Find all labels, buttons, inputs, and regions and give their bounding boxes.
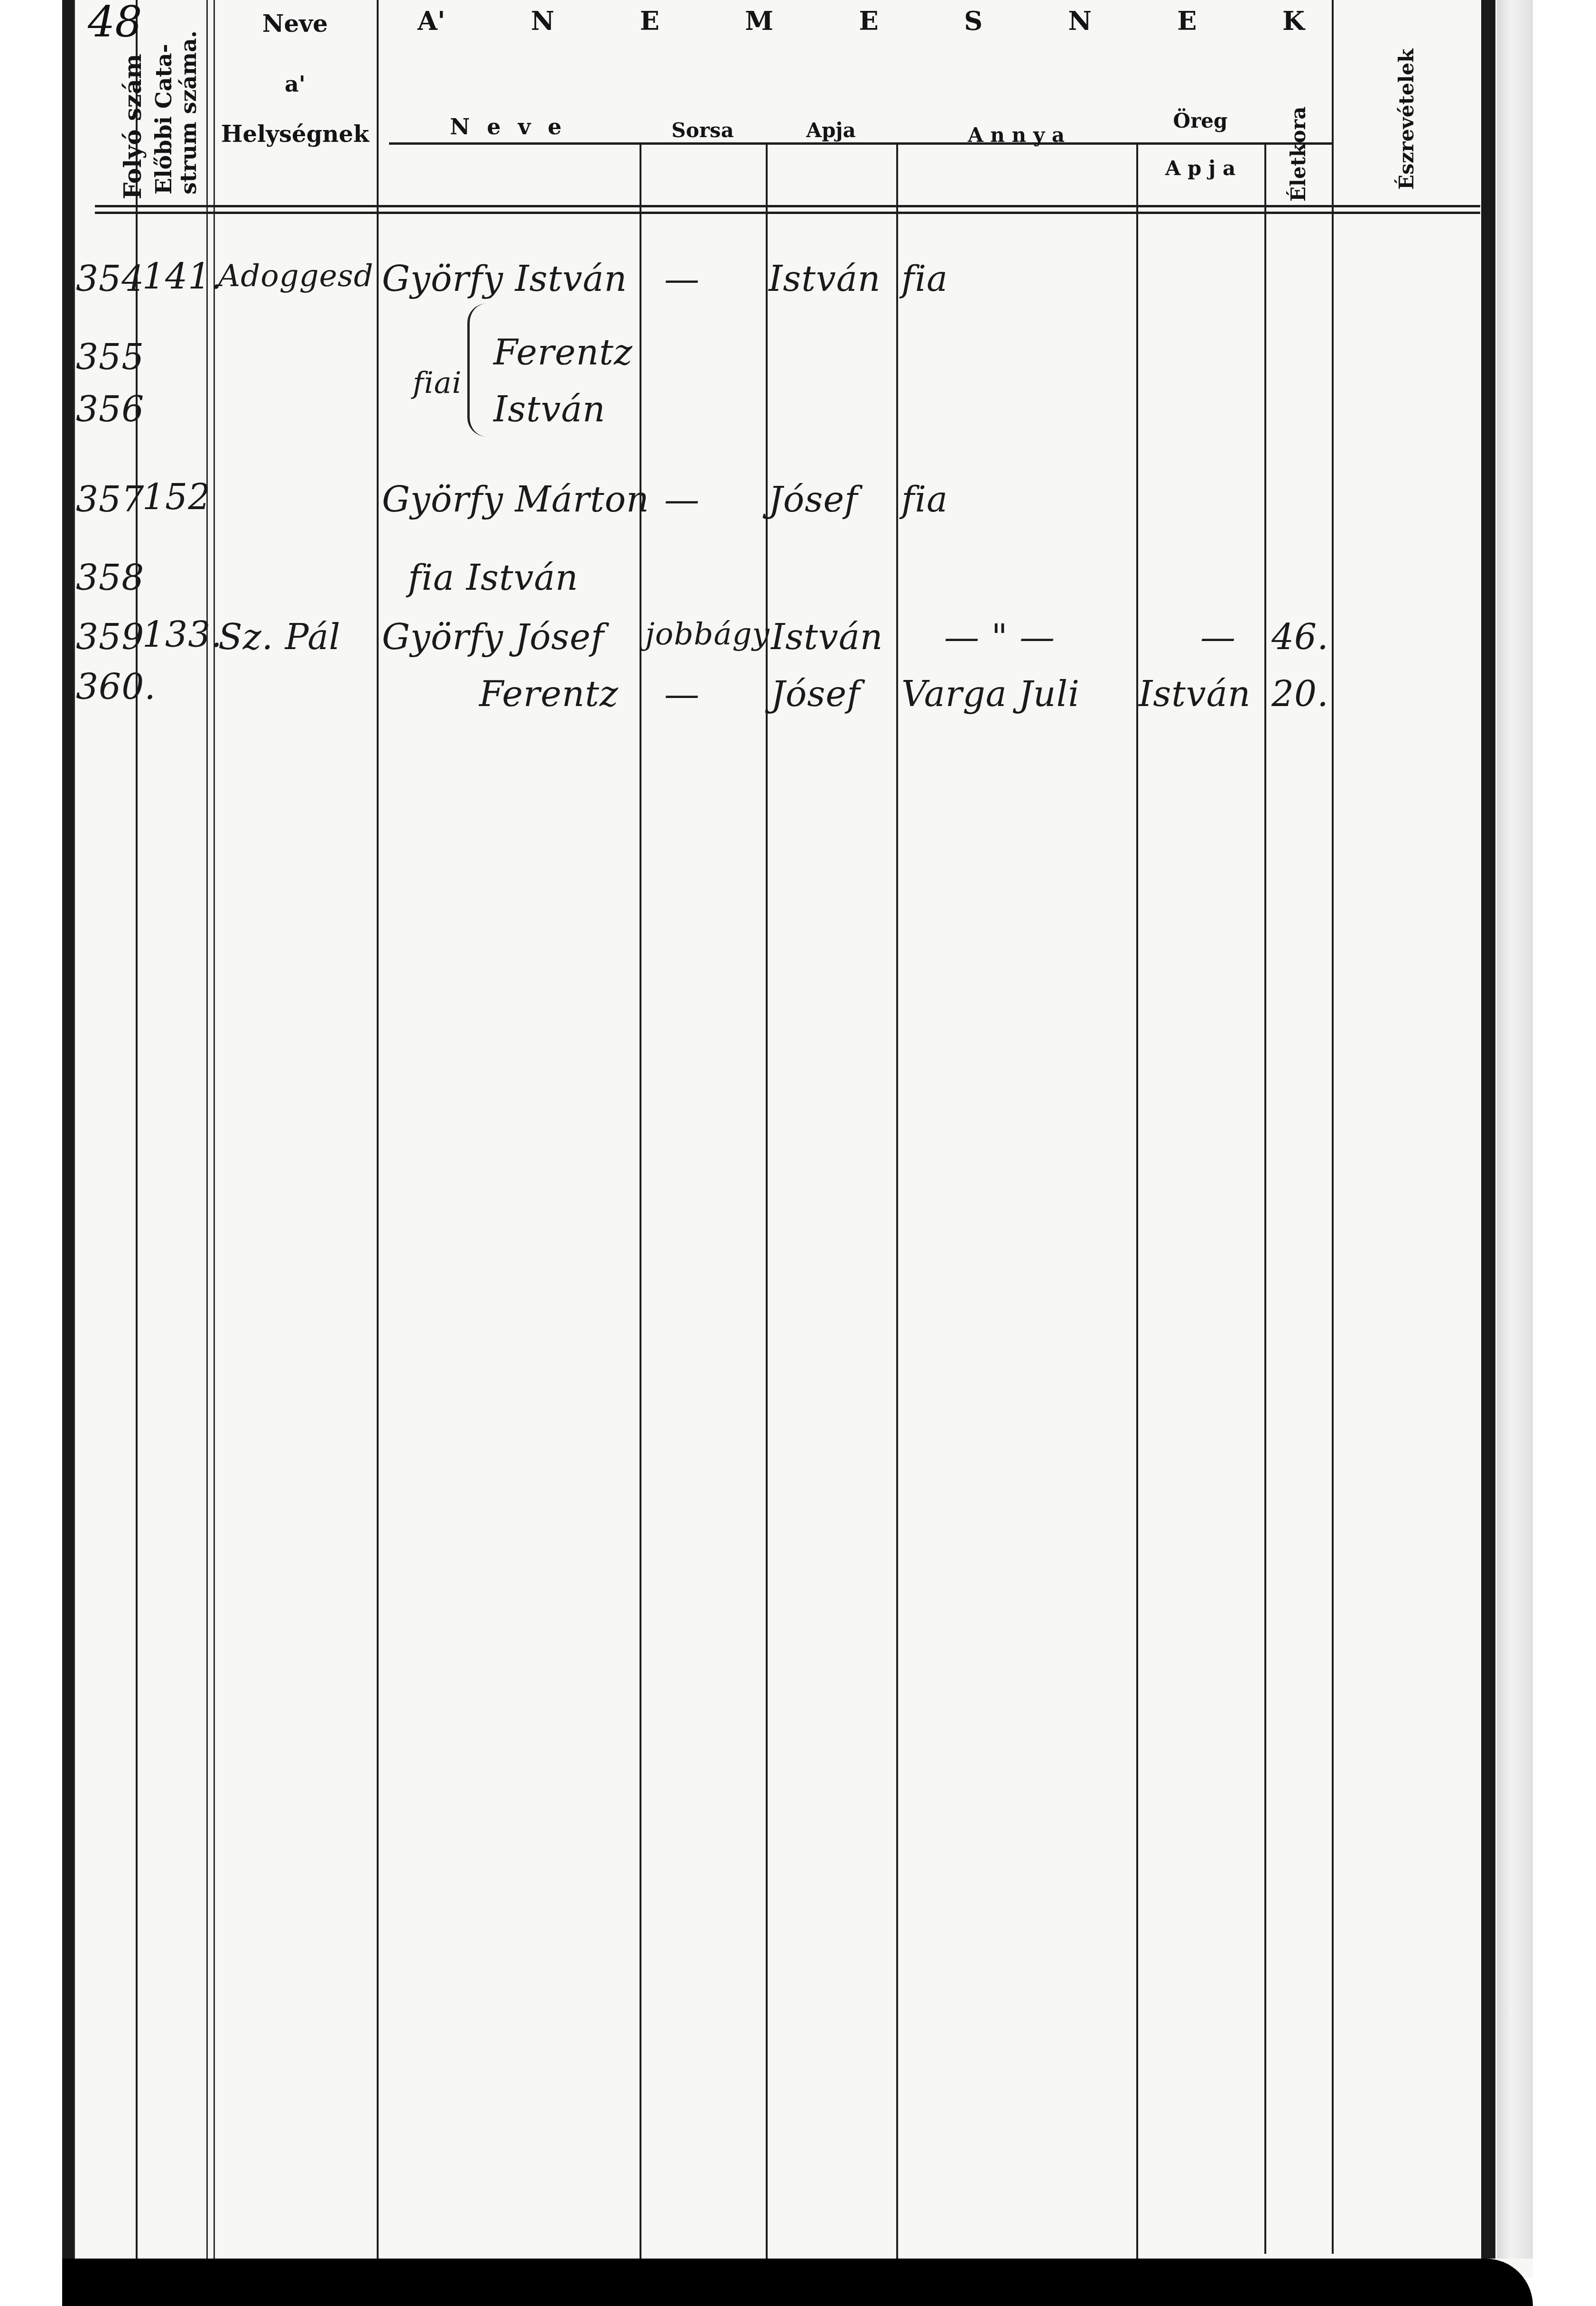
row-357-neve: Györfy Márton [382,479,650,520]
row-359-folyo: 359 [76,617,144,658]
row-355-neve: Ferentz [493,332,633,373]
title-letter: E [640,6,659,36]
col-divider-oreg-apja [1264,142,1266,2254]
row-357-apja: Jósef [769,479,858,520]
col-divider-apja [896,142,898,2263]
header-helyseg-1: Neve [213,9,377,37]
header-subrule [389,142,1333,145]
row-359-sorsa: jobbágy [645,617,770,652]
row-354-sorsa: — [664,259,700,299]
row-356-folyo: 356 [76,389,144,430]
title-letter: M [745,6,773,36]
book-gutter [1497,0,1533,2259]
row-354-helyseg: Adoggesd [218,259,373,294]
left-border-inner [74,0,75,2268]
row-357-catastrum: 152 [142,477,211,518]
header-apja: Apja [766,119,896,142]
header-double-rule-bottom [95,212,1480,214]
col-divider-catastrum-a [206,0,208,2273]
row-354-folyo: 354 [76,259,144,299]
row-359-helyseg: Sz. Pál [218,617,341,658]
title-letter: K [1282,6,1305,36]
header-catastrum-1: Előbbi Cata- [151,44,176,195]
row-359-apja: István [771,617,883,658]
sons-brace [467,304,489,437]
header-catastrum-2: strum száma. [176,30,201,195]
row-358-neve: fia István [408,558,578,598]
row-354-annya: fia [901,259,948,299]
row-359-eletkora: 46. [1271,617,1329,658]
col-divider-catastrum-b [213,0,215,2273]
row-355-folyo: 355 [76,337,144,378]
title-letter: N [1068,6,1092,36]
row-354-apja: István [769,259,881,299]
header-neve: N e v e [377,114,640,139]
header-eletkora: Életkora [1287,106,1310,202]
row-354-neve: Györfy István [382,259,627,299]
header-folyo-szam: Folyó szám [119,54,147,199]
title-letter: E [859,6,879,36]
row-354-catastrum: 141. [142,256,223,297]
header-double-rule-top [95,205,1480,207]
col-divider-helyseg [377,0,379,2273]
header-helyseg-2: a' [213,71,377,97]
header-oreg-2: A p j a [1136,157,1264,180]
row-360-neve: Ferentz [479,674,619,715]
header-eszrevetelek: Észrevételek [1395,49,1418,190]
row-360-sorsa: — [664,674,700,715]
row-359-annya: — " — [944,617,1055,658]
row-360-apja: Jósef [771,674,860,715]
row-356-neve: István [493,389,606,430]
right-border [1481,0,1495,2259]
row-360-folyo: 360. [76,667,156,707]
title-letter: E [1177,6,1197,36]
col-divider-sorsa [766,142,768,2268]
row-358-folyo: 358 [76,558,144,598]
title-letter: A' [418,6,445,36]
row-360-annya: Varga Juli [901,674,1080,715]
header-helyseg-3: Helységnek [213,121,377,148]
header-nemesnek-band: A' N E M E S N E K [389,6,1333,36]
title-letter: S [964,6,983,36]
left-border [62,0,74,2268]
row-357-folyo: 357 [76,479,144,520]
header-sorsa: Sorsa [640,119,766,142]
header-annya: A n n y a [896,123,1136,147]
scan-background-edge [62,2259,1533,2306]
header-oreg-1: Öreg [1136,109,1264,132]
col-divider-annya [1136,142,1138,2259]
page-number: 48 [88,0,142,47]
register-page [62,0,1533,2278]
row-360-oreg-apja: István [1139,674,1251,715]
title-letter: N [531,6,554,36]
row-360-eletkora: 20. [1271,674,1329,715]
row-359-oreg-apja: — [1200,617,1236,658]
row-359-neve: Györfy Jósef [382,617,604,658]
col-divider-eletkora [1332,0,1334,2254]
row-357-annya: fia [901,479,948,520]
row-359-catastrum: 133. [142,614,223,655]
row-355-neve-prefix: fiai [413,365,462,400]
row-357-sorsa: — [664,479,700,520]
col-divider-neve [640,142,641,2268]
